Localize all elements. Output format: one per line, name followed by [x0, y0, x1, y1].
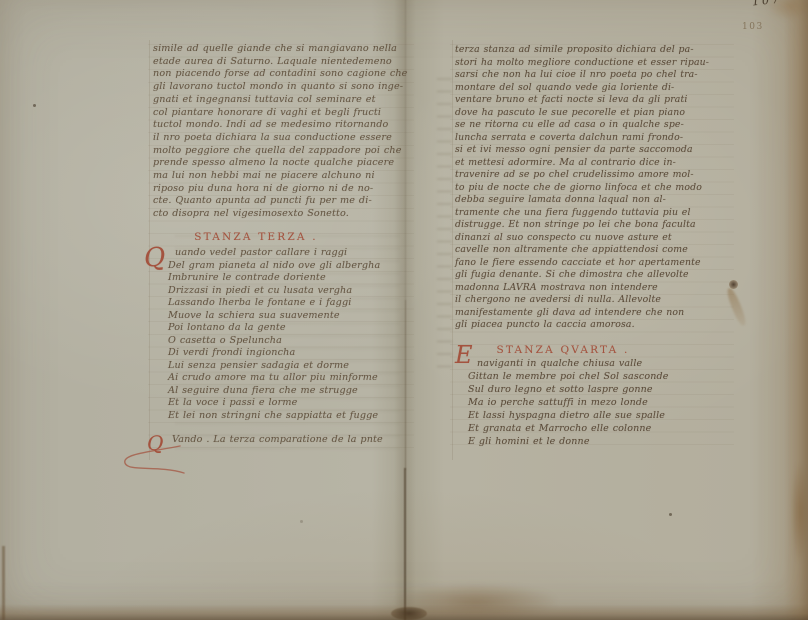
- speck: [300, 520, 303, 523]
- speck: [33, 104, 36, 107]
- prose-line: tramente che una fiera fuggendo tuttavia…: [455, 207, 731, 220]
- prose-line: se ne ritorna cu elle ad casa o in qualc…: [455, 119, 731, 132]
- prose-line: tuctol mondo. Indi ad se medesimo ritorn…: [153, 119, 413, 132]
- prose-line: il chergono ne avedersi di nulla. Allevo…: [455, 294, 731, 307]
- verse-line: Lui senza pensier sadagia et dorme: [168, 360, 380, 373]
- prose-line: molto peggiore che quella del zappadore …: [153, 145, 413, 158]
- left-verse-block: uando vedel pastor callare i raggi Del g…: [168, 247, 380, 422]
- prose-line: dove ha pascuto le sue pecorelle et pian…: [455, 107, 731, 120]
- prose-line: gli fugia denante. Si che dimostra che a…: [455, 269, 731, 282]
- verse-line: naviganti in qualche chiusa valle: [468, 357, 669, 370]
- verse-line: Ma io perche sattuffi in mezo londe: [468, 396, 669, 409]
- right-verse-block: naviganti in qualche chiusa valle Gittan…: [468, 357, 669, 448]
- prose-line: si et ivi messo ogni pensier da parte sa…: [455, 144, 731, 157]
- prose-line: manifestamente gli dava ad intendere che…: [455, 307, 731, 320]
- prose-line: prende spesso almeno la nocte qualche pi…: [153, 157, 413, 170]
- verse-line: Muove la schiera sua suavemente: [168, 310, 380, 323]
- manuscript-spread: simile ad quelle giande che si mangiavan…: [0, 0, 808, 620]
- verse-line: Lassando lherba le fontane e i faggi: [168, 297, 380, 310]
- page-edge-right: [784, 0, 808, 620]
- verse-line: Et granata et Marrocho elle colonne: [468, 422, 669, 435]
- verse-line: Di verdi frondi ingioncha: [168, 347, 380, 360]
- prose-line: luncha serrata e coverta dalchun rami fr…: [455, 132, 731, 145]
- verse-line: Et lei non stringni che sappiatta et fug…: [168, 410, 380, 423]
- page-edge-bottom: [0, 604, 808, 620]
- prose-line: non piacendo forse ad contadini sono cag…: [153, 68, 413, 81]
- prose-line: cte. Quanto apunta ad puncti fu per me d…: [153, 195, 413, 208]
- verse-line: Al seguire duna fiera che me strugge: [168, 385, 380, 398]
- verse-line: uando vedel pastor callare i raggi: [168, 247, 380, 260]
- prose-line: gli lavorano tuctol mondo in quanto si s…: [153, 81, 413, 94]
- prose-line: cto disopra nel vigesimosexto Sonetto.: [153, 208, 413, 221]
- folio-number: 103: [742, 22, 764, 32]
- verse-line: Sul duro legno et sotto laspre gonne: [468, 383, 669, 396]
- prose-line: gnati et ingegnansi tuttavia col seminar…: [153, 94, 413, 107]
- prose-line: ventare bruno et facti nocte si leva da …: [455, 94, 731, 107]
- prose-line: dinanzi al suo conspecto cu nuove asture…: [455, 232, 731, 245]
- verse-line: Drizzasi in piedi et cu lusata vergha: [168, 285, 380, 298]
- verse-line: Et la voce i passi e lorme: [168, 397, 380, 410]
- prose-line: ma lui non hebbi mai ne piacere alchuno …: [153, 170, 413, 183]
- left-prose-block: simile ad quelle giande che si mangiavan…: [153, 43, 413, 221]
- verse-line: E gli homini et le donne: [468, 435, 669, 448]
- verse-line: Et lassi hyspagna dietro alle sue spalle: [468, 409, 669, 422]
- prose-line: stori ha molto megliore conductione et e…: [455, 57, 731, 70]
- prose-line: simile ad quelle giande che si mangiavan…: [153, 43, 413, 56]
- prose-line: fano le fiere essendo cacciate et hor ap…: [455, 257, 731, 270]
- margin-rule-right: [452, 40, 453, 460]
- page-edge-bottom-left: [2, 546, 5, 620]
- prose-line: madonna LAVRA mostrava non intendere: [455, 282, 731, 295]
- prose-line: cavelle non altramente che appiattendosi…: [455, 244, 731, 257]
- verse-line: Poi lontano da la gente: [168, 322, 380, 335]
- prose-line: col piantare honorare di vaghi et begli …: [153, 107, 413, 120]
- stanza-quarta-heading: STANZA QVARTA .: [455, 344, 671, 356]
- gutter-crease: [405, 300, 406, 470]
- closing-lemma: Vando . La terza comparatione de la pnte: [172, 434, 383, 445]
- right-prose-block: terza stanza ad simile proposito dichiar…: [455, 44, 731, 332]
- verse-line: O casetta o Speluncha: [168, 335, 380, 348]
- prose-line: to piu de nocte che de giorno linfoca et…: [455, 182, 731, 195]
- prose-line: etade aurea di Saturno. Laquale nientede…: [153, 56, 413, 69]
- prose-line: sarsi che non ha lui cioe il nro poeta p…: [455, 69, 731, 82]
- verse-line: Del gram pianeta al nido ove gli albergh…: [168, 260, 380, 273]
- prose-line: montare del sol quando vede gia loriente…: [455, 82, 731, 95]
- verse-line: Ai crudo amore ma tu allor piu minforme: [168, 372, 380, 385]
- speck: [669, 513, 672, 516]
- prose-line: et mettesi adormire. Ma al contrario dic…: [455, 157, 731, 170]
- prose-line: travenire ad se po chel crudelissimo amo…: [455, 169, 731, 182]
- verse-line: Gittan le membre poi chel Sol sasconde: [468, 370, 669, 383]
- show-through-right: [437, 78, 452, 368]
- prose-line: il nro poeta dichiara la sua conductione…: [153, 132, 413, 145]
- versal-initial-q: Q: [143, 242, 166, 273]
- prose-line: distrugge. Et non stringe po lei che bon…: [455, 219, 731, 232]
- prose-line: riposo piu duna hora ni de giorno ni de …: [153, 183, 413, 196]
- verse-line: Imbrunire le contrade doriente: [168, 272, 380, 285]
- initial-flourish: [116, 444, 190, 478]
- prose-line: gli piacea puncto la caccia amorosa.: [455, 319, 731, 332]
- stanza-terza-heading: STANZA TERZA .: [150, 231, 362, 243]
- prose-line: terza stanza ad simile proposito dichiar…: [455, 44, 731, 57]
- prose-line: debba seguire lamata donna laqual non al…: [455, 194, 731, 207]
